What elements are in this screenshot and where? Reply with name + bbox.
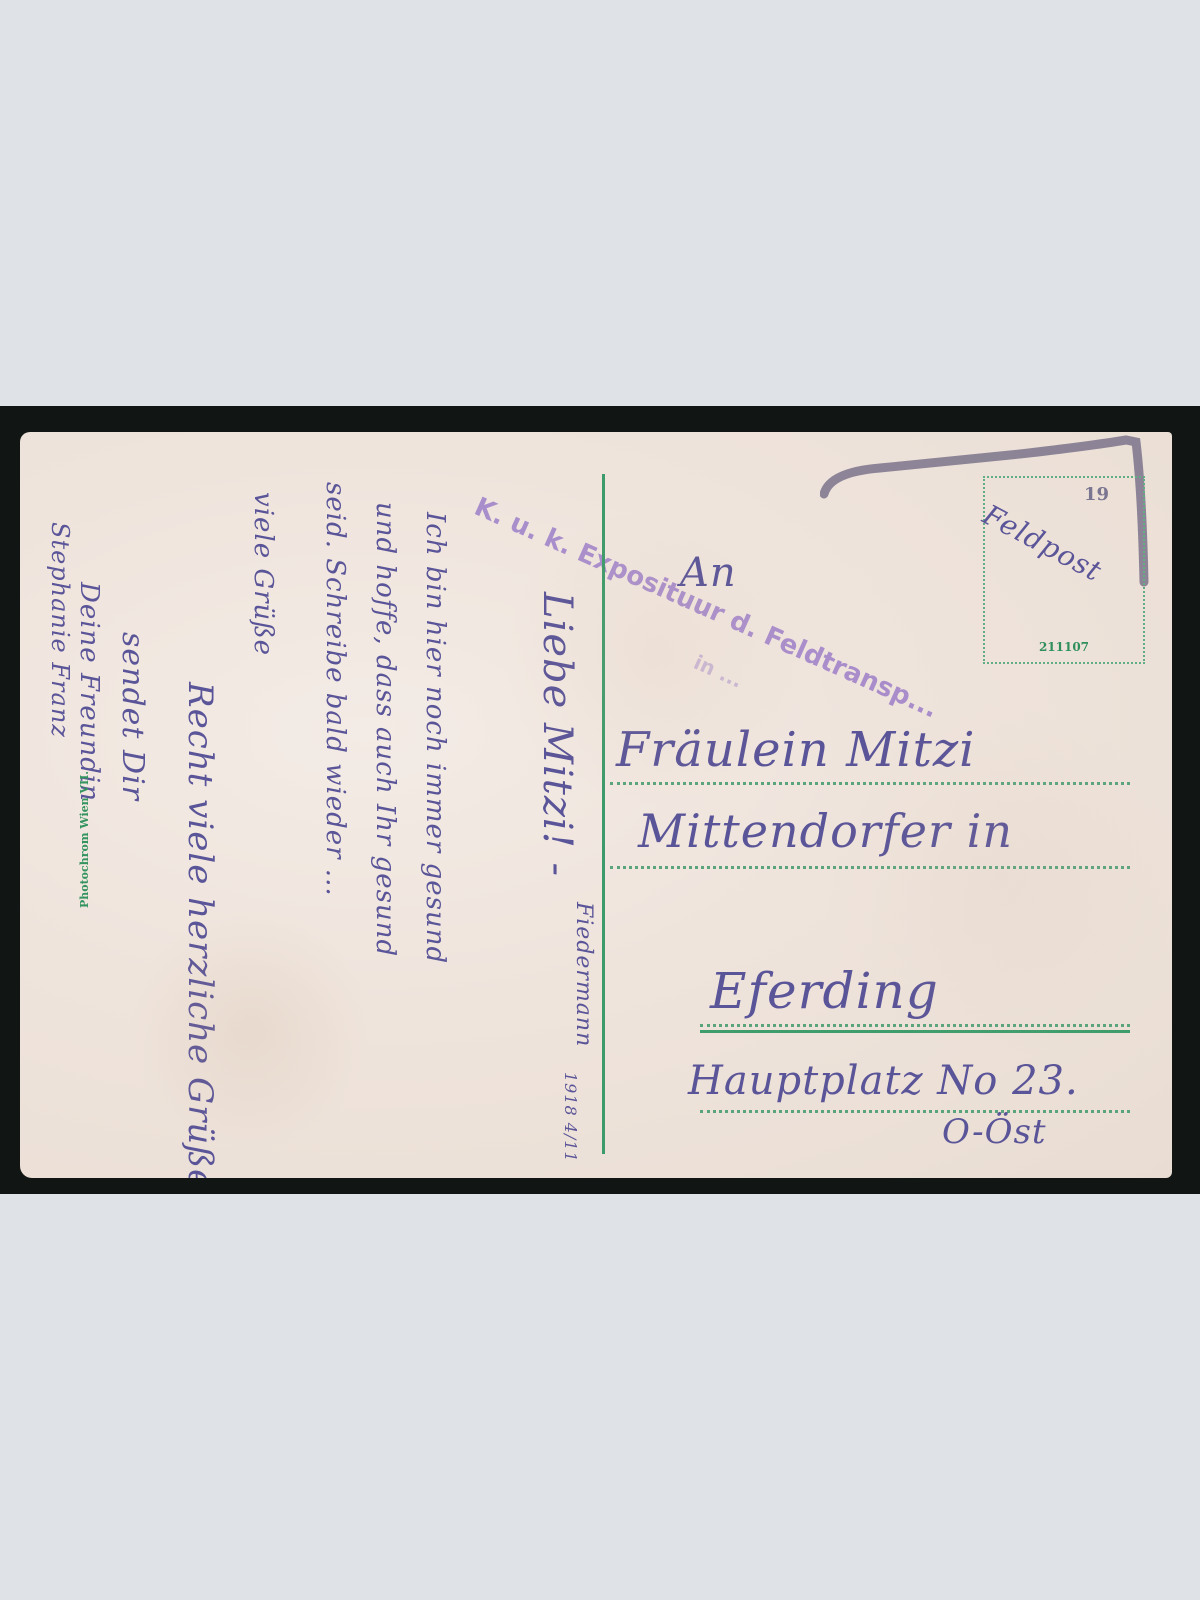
printer-imprint: Photochrom Wien VII. bbox=[78, 771, 91, 908]
message-line-6: Recht viele herzliche Grüße bbox=[180, 682, 220, 1178]
message-line-8: Deine Freundin bbox=[74, 582, 104, 802]
message-line-4: seid. Schreibe bald wieder ... bbox=[320, 482, 350, 897]
address-surname: Mittendorfer in bbox=[638, 804, 1013, 858]
postmark-fragment: 19 bbox=[1084, 484, 1109, 505]
postcard: 19 Feldpost 211107 K. u. k. Exposituur d… bbox=[20, 432, 1172, 1178]
address-underline bbox=[700, 1030, 1130, 1033]
feldpost-handwriting: Feldpost bbox=[978, 498, 1108, 588]
address-line-1 bbox=[610, 782, 1130, 785]
stamp-number: 211107 bbox=[985, 640, 1143, 654]
stamp-box: 19 Feldpost 211107 bbox=[983, 476, 1145, 664]
message-line-9: Stephanie Franz bbox=[46, 522, 74, 738]
message-line-5: viele Grüße bbox=[248, 492, 278, 656]
message-date: 1918 4/11 bbox=[561, 1072, 580, 1163]
military-cancel-stamp-line2: in ... bbox=[690, 650, 746, 693]
address-line-3 bbox=[700, 1024, 1130, 1027]
message-signature: Fiedermann bbox=[571, 902, 596, 1047]
message-line-2: Ich bin hier noch immer gesund bbox=[420, 512, 450, 964]
message-line-3: und hoffe, dass auch Ihr gesund bbox=[370, 502, 400, 957]
address-name: Fräulein Mitzi bbox=[616, 722, 976, 778]
message-line-7: sendet Dir bbox=[115, 632, 150, 801]
address-region: O-Öst bbox=[942, 1112, 1047, 1152]
address-town: Eferding bbox=[710, 962, 939, 1020]
address-salutation: An bbox=[680, 550, 737, 596]
address-street: Hauptplatz No 23. bbox=[688, 1058, 1079, 1104]
address-line-4 bbox=[700, 1110, 1130, 1113]
message-line-1: Liebe Mitzi! - bbox=[534, 592, 580, 877]
address-line-2 bbox=[610, 866, 1130, 869]
center-divider bbox=[602, 474, 605, 1154]
